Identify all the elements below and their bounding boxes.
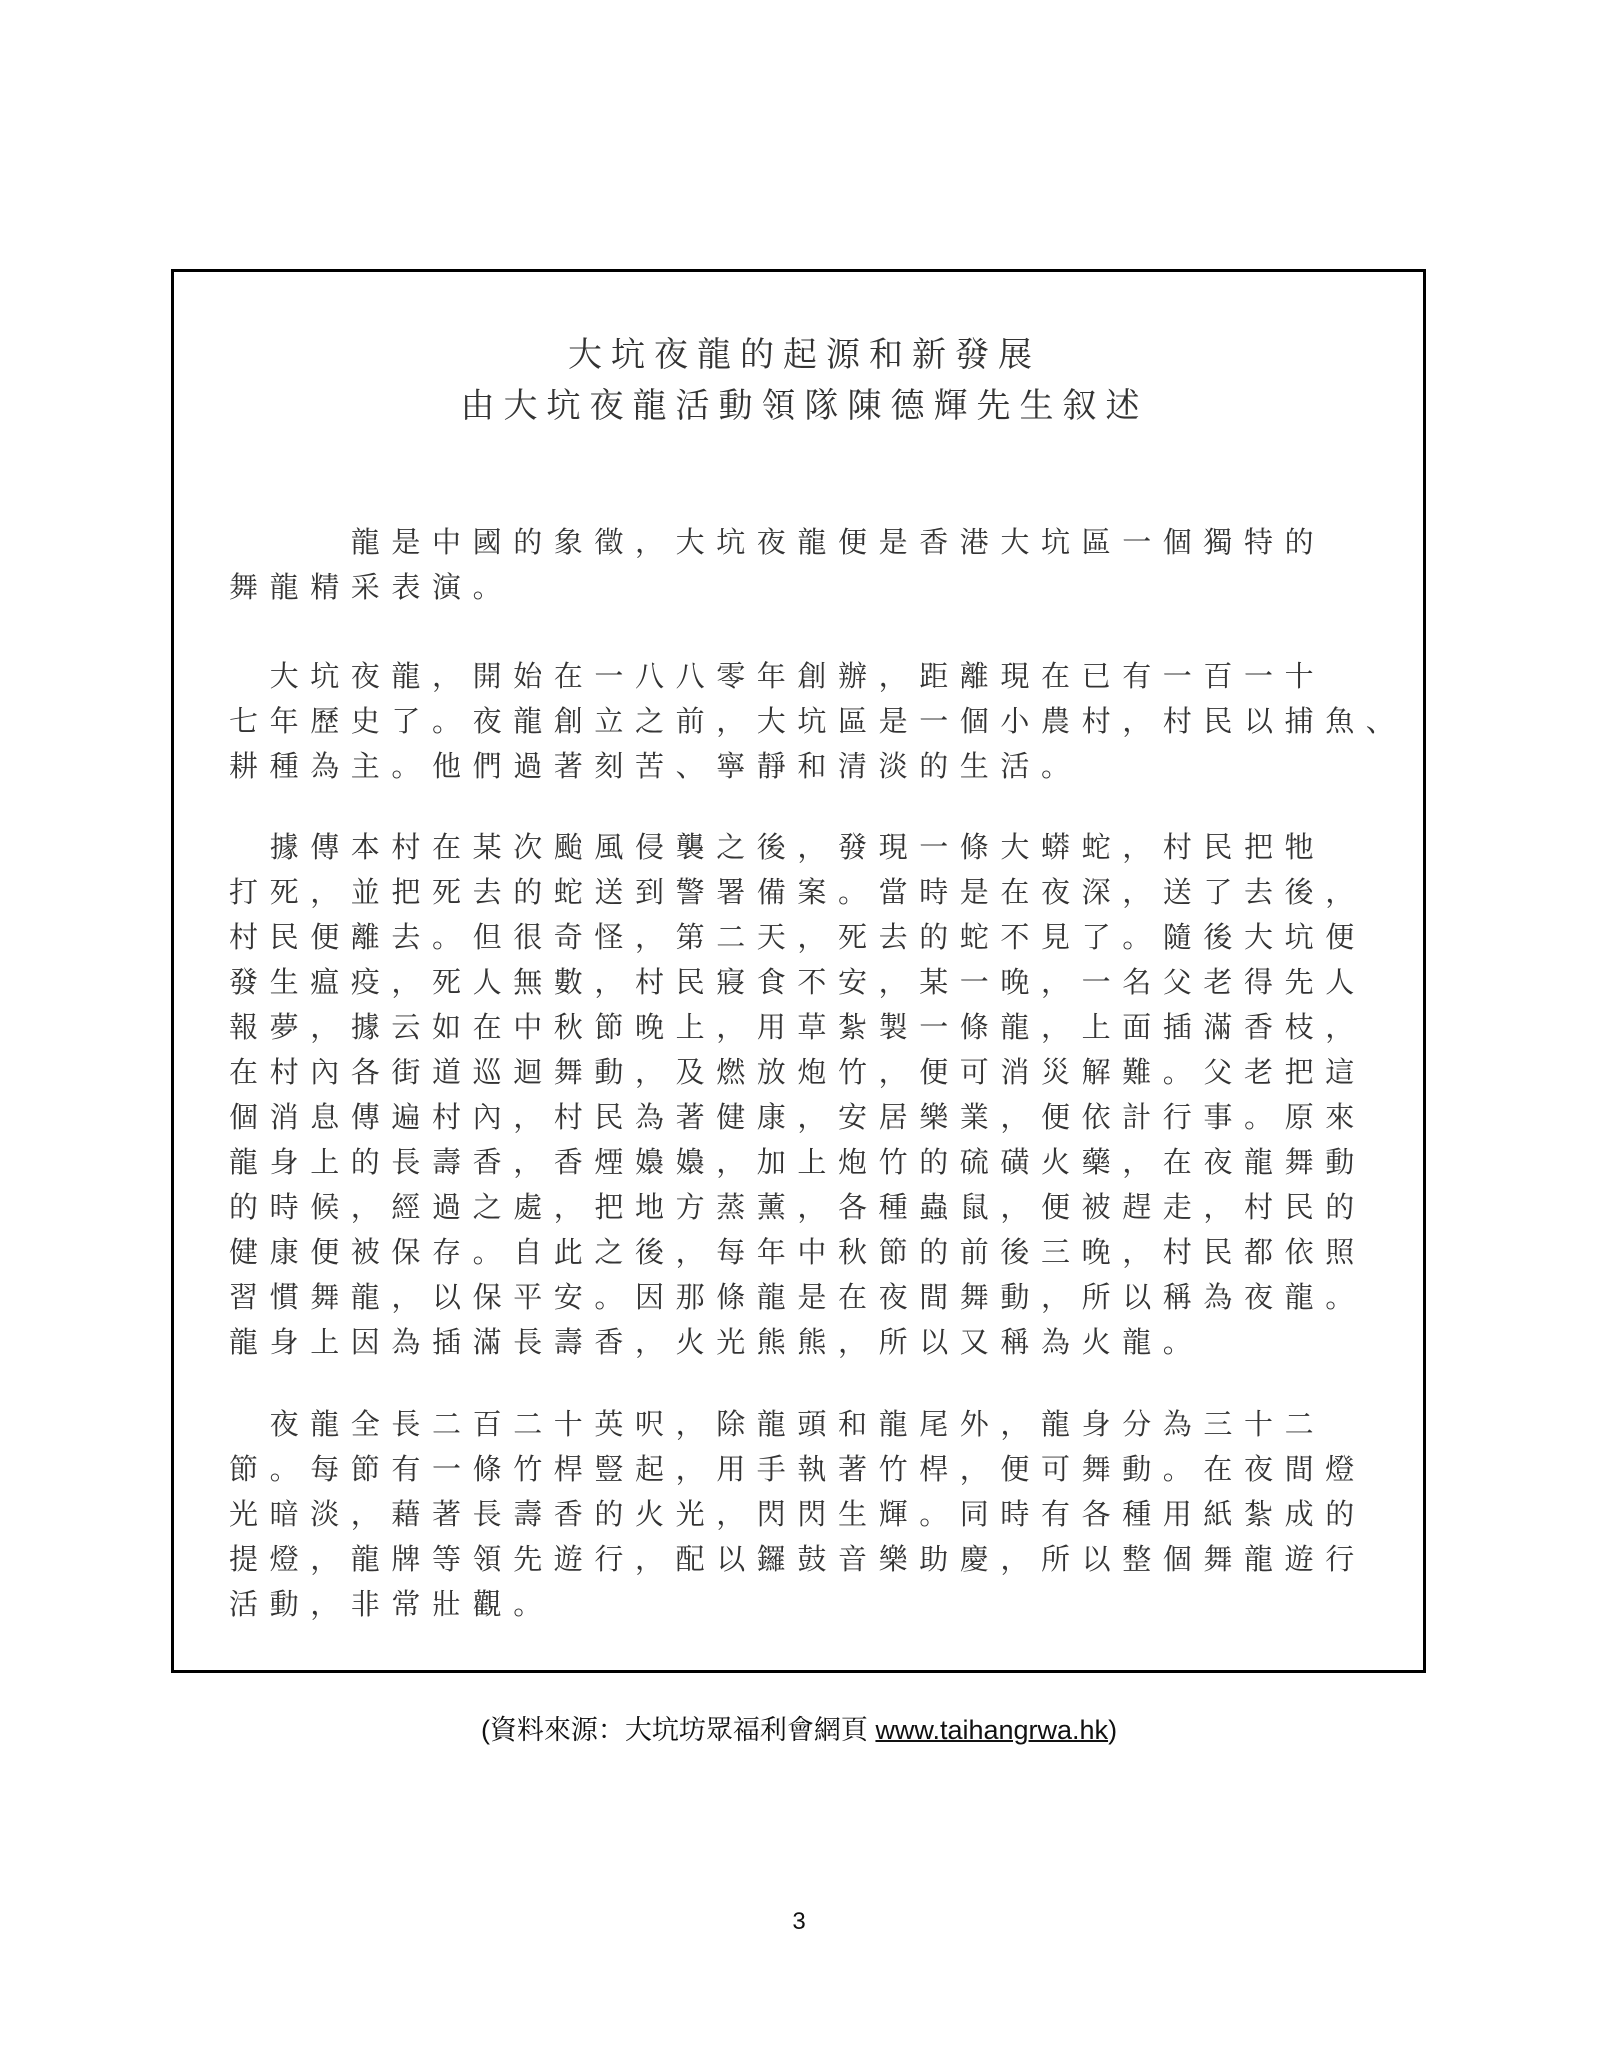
text-line: 據傳本村在某次颱風侵襲之後，發現一條大蟒蛇，村民把牠 xyxy=(229,825,1369,870)
text-line: 村民便離去。但很奇怪，第二天，死去的蛇不見了。隨後大坑便 xyxy=(229,915,1369,960)
article-box: 大坑夜龍的起源和新發展 由大坑夜龍活動領隊陳德輝先生叙述 龍是中國的象徵，大坑夜… xyxy=(171,269,1426,1673)
text-line: 的時候，經過之處，把地方蒸薰，各種蟲鼠，便被趕走，村民的 xyxy=(229,1185,1369,1230)
text-line: 大坑夜龍，開始在一八八零年創辦，距離現在已有一百一十 xyxy=(229,654,1369,699)
text-line: 提燈，龍牌等領先遊行，配以鑼鼓音樂助慶，所以整個舞龍遊行 xyxy=(229,1537,1369,1582)
source-citation: (資料來源：大坑坊眾福利會網頁 www.taihangrwa.hk) xyxy=(0,1708,1598,1747)
page-number: 3 xyxy=(0,1908,1598,1936)
text-line: 龍身上因為插滿長壽香，火光熊熊，所以又稱為火龍。 xyxy=(229,1320,1369,1365)
source-suffix: ) xyxy=(1108,1715,1117,1745)
text-line: 習慣舞龍，以保平安。因那條龍是在夜間舞動，所以稱為夜龍。 xyxy=(229,1275,1369,1320)
text-line: 健康便被保存。自此之後，每年中秋節的前後三晚，村民都依照 xyxy=(229,1230,1369,1275)
text-line: 龍是中國的象徵，大坑夜龍便是香港大坑區一個獨特的 xyxy=(229,520,1369,565)
text-line: 舞龍精采表演。 xyxy=(229,565,1369,610)
source-link[interactable]: www.taihangrwa.hk xyxy=(875,1715,1108,1745)
text-line: 龍身上的長壽香，香煙嬝嬝，加上炮竹的硫磺火藥，在夜龍舞動 xyxy=(229,1140,1369,1185)
text-line: 個消息傳遍村內，村民為著健康，安居樂業，便依計行事。原來 xyxy=(229,1095,1369,1140)
text-line: 七年歷史了。夜龍創立之前，大坑區是一個小農村，村民以捕魚、 xyxy=(229,699,1369,744)
text-line: 夜龍全長二百二十英呎，除龍頭和龍尾外，龍身分為三十二 xyxy=(229,1402,1369,1447)
paragraph-4: 夜龍全長二百二十英呎，除龍頭和龍尾外，龍身分為三十二 節。每節有一條竹桿豎起，用… xyxy=(229,1402,1369,1627)
text-line: 活動，非常壯觀。 xyxy=(229,1582,1369,1627)
text-line: 耕種為主。他們過著刻苦、寧靜和清淡的生活。 xyxy=(229,744,1369,789)
paragraph-3: 據傳本村在某次颱風侵襲之後，發現一條大蟒蛇，村民把牠 打死，並把死去的蛇送到警署… xyxy=(229,825,1369,1365)
article-subtitle: 由大坑夜龍活動領隊陳德輝先生叙述 xyxy=(180,378,1429,427)
text-line: 報夢，據云如在中秋節晚上，用草紮製一條龍，上面插滿香枝， xyxy=(229,1005,1369,1050)
text-line: 打死，並把死去的蛇送到警署備案。當時是在夜深，送了去後， xyxy=(229,870,1369,915)
paragraph-2: 大坑夜龍，開始在一八八零年創辦，距離現在已有一百一十 七年歷史了。夜龍創立之前，… xyxy=(229,654,1369,789)
source-prefix: (資料來源：大坑坊眾福利會網頁 xyxy=(481,1715,876,1745)
article-title: 大坑夜龍的起源和新發展 xyxy=(180,327,1429,376)
text-line: 節。每節有一條竹桿豎起，用手執著竹桿，便可舞動。在夜間燈 xyxy=(229,1447,1369,1492)
text-line: 光暗淡，藉著長壽香的火光，閃閃生輝。同時有各種用紙紮成的 xyxy=(229,1492,1369,1537)
paragraph-1: 龍是中國的象徵，大坑夜龍便是香港大坑區一個獨特的 舞龍精采表演。 xyxy=(229,520,1369,610)
text-line: 發生瘟疫，死人無數，村民寢食不安，某一晚，一名父老得先人 xyxy=(229,960,1369,1005)
text-line: 在村內各街道巡迴舞動，及燃放炮竹，便可消災解難。父老把這 xyxy=(229,1050,1369,1095)
